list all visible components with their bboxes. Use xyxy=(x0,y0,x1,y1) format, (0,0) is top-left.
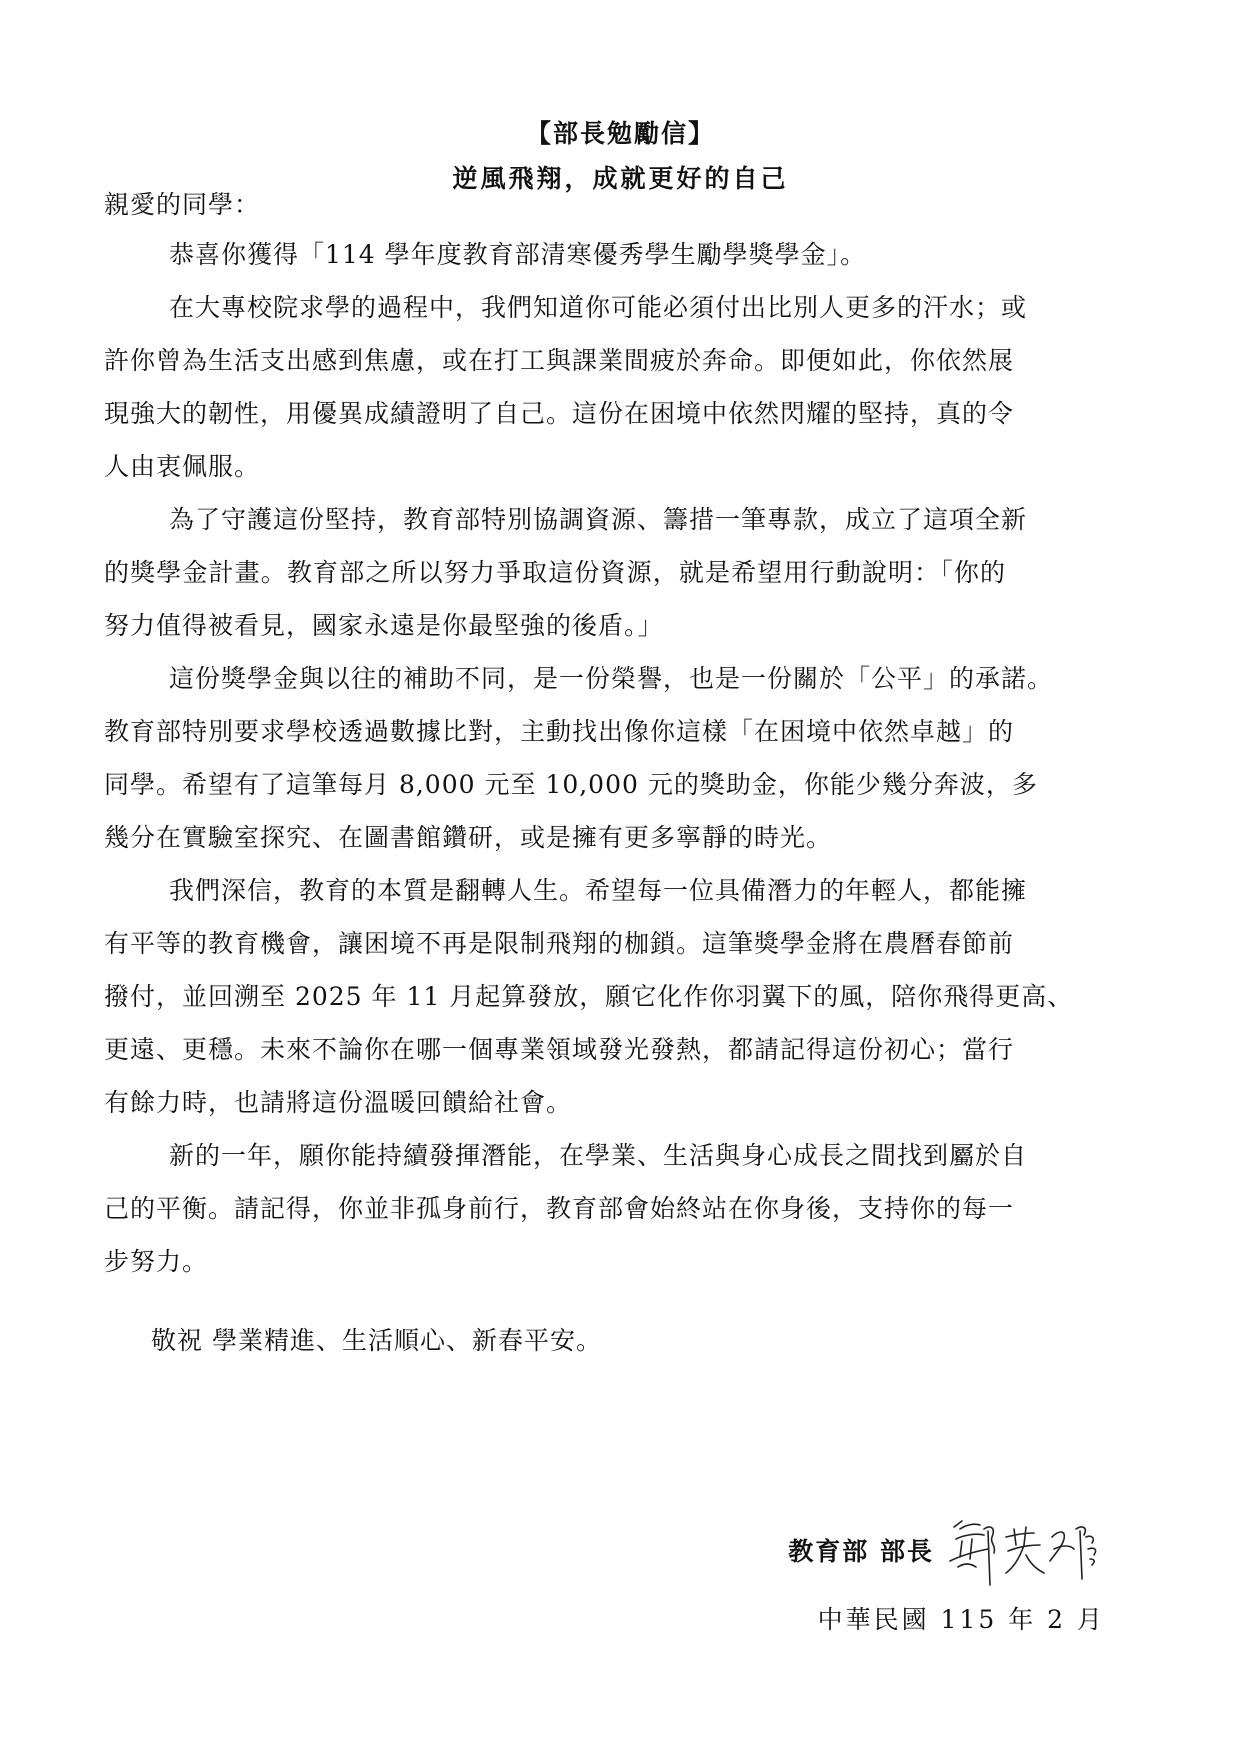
paragraph-line: 新的一年，願你能持續發揮潛能，在學業、生活與身心成長之間找到屬於自 xyxy=(169,1141,1006,1171)
paragraph-line: 恭喜你獲得「114 學年度教育部清寒優秀學生勵學獎學金」。 xyxy=(169,240,866,270)
paragraph-line: 更遠、更穩。未來不論你在哪一個專業領域發光發熱，都請記得這份初心；當行 xyxy=(104,1035,1006,1065)
handwritten-signature-icon xyxy=(940,1515,1105,1595)
paragraph-line: 同學。希望有了這筆每月 8,000 元至 10,000 元的獎助金，你能少幾分奔… xyxy=(104,770,1006,800)
letter-page: 【部長勉勵信】 逆風飛翔，成就更好的自己 親愛的同學： 恭喜你獲得「114 學年… xyxy=(0,0,1241,1755)
paragraph-line: 步努力。 xyxy=(104,1247,208,1277)
paragraph-line: 為了守護這份堅持，教育部特別協調資源、籌措一筆專款，成立了這項全新 xyxy=(169,505,1006,535)
paragraph-line: 在大專校院求學的過程中，我們知道你可能必須付出比別人更多的汗水；或 xyxy=(169,293,1006,323)
paragraph-line: 幾分在實驗室探究、在圖書館鑽研，或是擁有更多寧靜的時光。 xyxy=(104,823,832,853)
paragraph-line: 己的平衡。請記得，你並非孤身前行，教育部會始終站在你身後，支持你的每一 xyxy=(104,1194,1006,1224)
paragraph-line: 有平等的教育機會，讓困境不再是限制飛翔的枷鎖。這筆獎學金將在農曆春節前 xyxy=(104,929,1006,959)
paragraph-line: 努力值得被看見，國家永遠是你最堅強的後盾。」 xyxy=(104,611,664,641)
paragraph-line: 人由衷佩服。 xyxy=(104,452,260,482)
paragraph-line: 有餘力時，也請將這份溫暖回饋給社會。 xyxy=(104,1088,572,1118)
paragraph-line: 現強大的韌性，用優異成績證明了自己。這份在困境中依然閃耀的堅持，真的令 xyxy=(104,399,1006,429)
paragraph-line: 教育部特別要求學校透過數據比對，主動找出像你這樣「在困境中依然卓越」的 xyxy=(104,717,1006,747)
greeting: 親愛的同學： xyxy=(104,190,260,220)
paragraph-line: 許你曾為生活支出感到焦慮，或在打工與課業間疲於奔命。即便如此，你依然展 xyxy=(104,346,1006,376)
paragraph-line: 我們深信，教育的本質是翻轉人生。希望每一位具備潛力的年輕人，都能擁 xyxy=(169,876,1006,906)
signature-block: 教育部 部長 xyxy=(788,1520,1105,1580)
paragraph-line: 撥付，並回溯至 2025 年 11 月起算發放，願它化作你羽翼下的風，陪你飛得更… xyxy=(104,982,1006,1012)
letter-date: 中華民國 115 年 2 月 xyxy=(818,1600,1105,1636)
paragraph-line: 這份獎學金與以往的補助不同，是一份榮譽，也是一份關於「公平」的承諾。 xyxy=(169,664,1006,694)
paragraph-line: 的獎學金計畫。教育部之所以努力爭取這份資源，就是希望用行動說明：「你的 xyxy=(104,558,1006,588)
signatory-title: 教育部 部長 xyxy=(788,1532,934,1568)
letter-title: 【部長勉勵信】 xyxy=(0,114,1241,150)
closing-salutation: 敬祝 學業精進、生活順心、新春平安。 xyxy=(151,1326,602,1356)
